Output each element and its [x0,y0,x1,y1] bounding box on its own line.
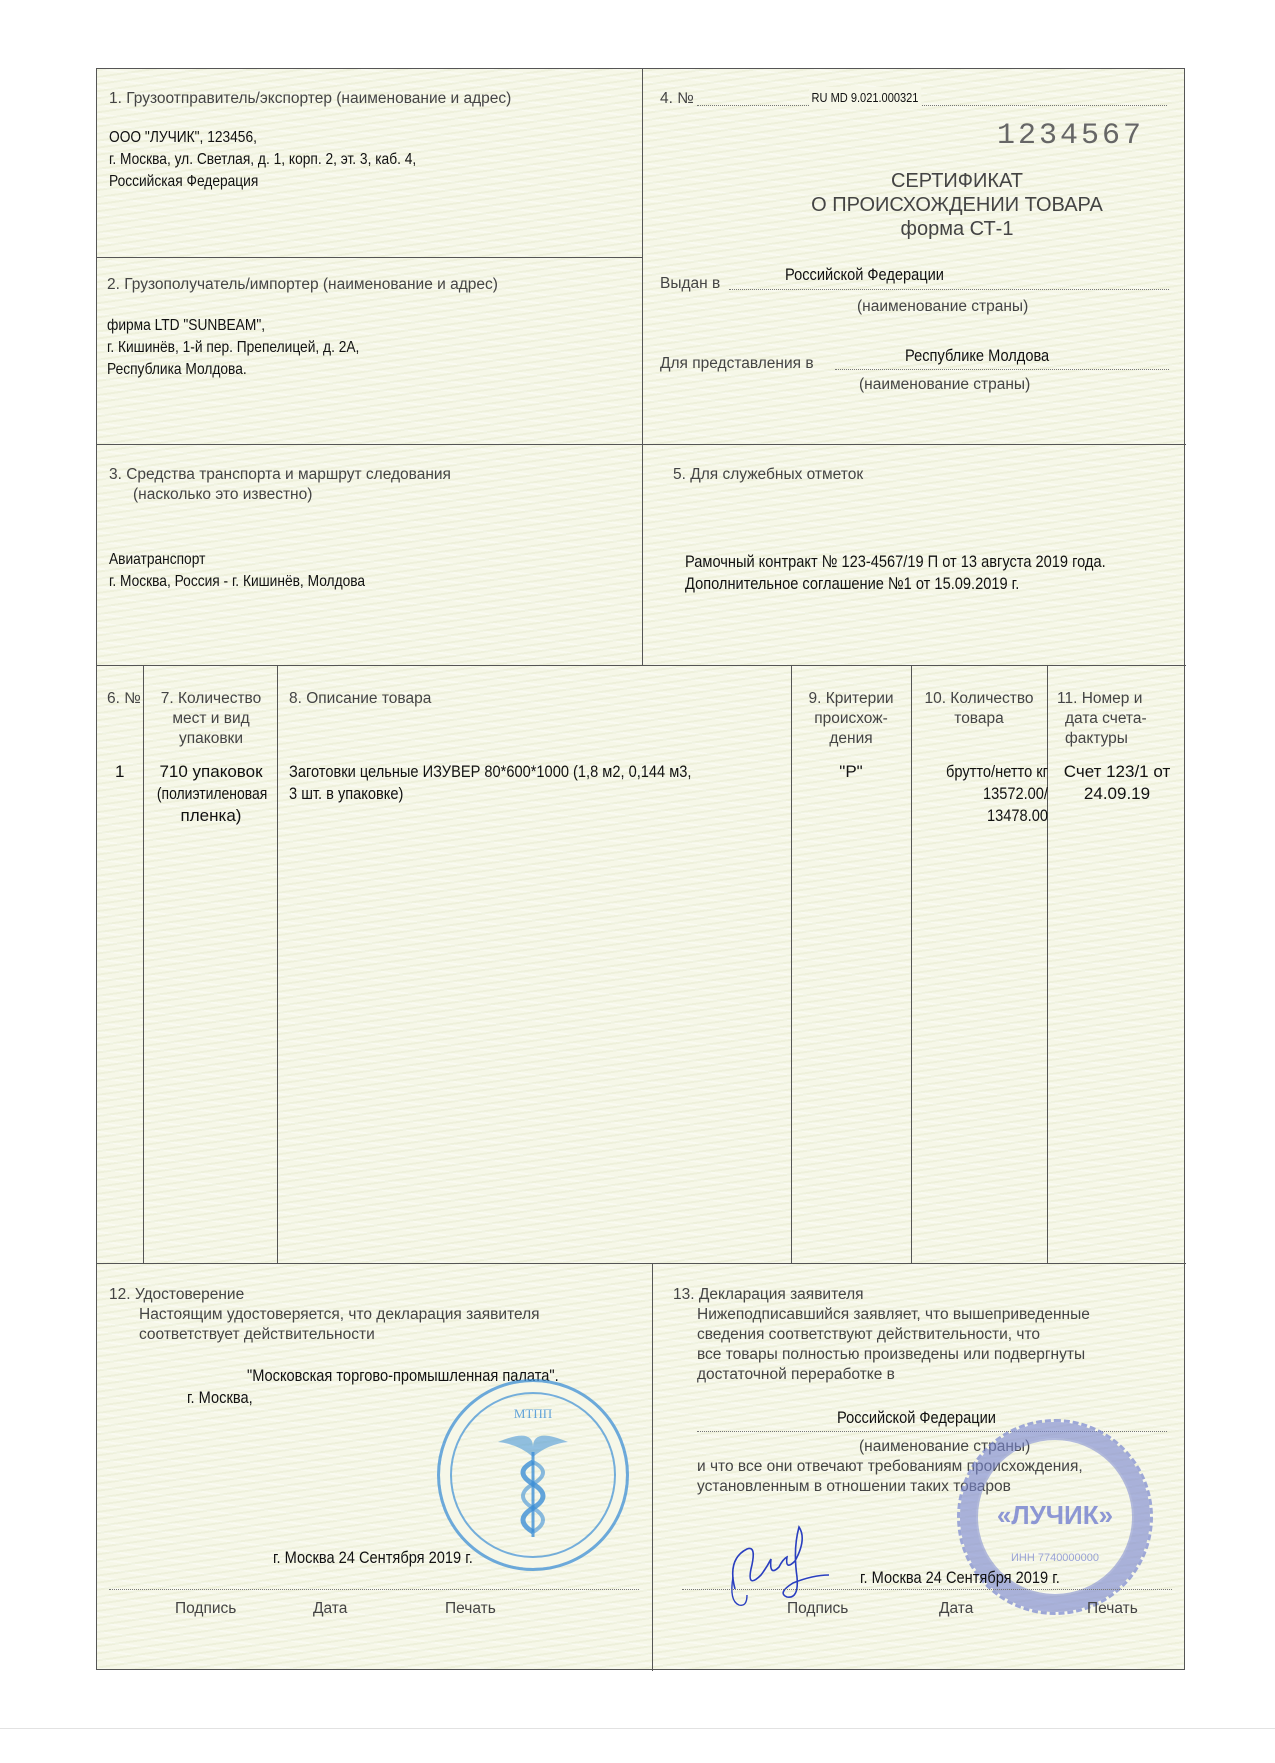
box12-label: 12. Удостоверение [109,1285,244,1305]
transport-type: Авиатранспорт [109,549,205,571]
divider-box1-box2 [97,257,642,258]
issued-in-country: Российской Федерации [785,264,944,286]
issued-in-line [729,289,1169,290]
company-stamp-name: «ЛУЧИК» [960,1500,1150,1531]
box13-footer-seal: Печать [1087,1599,1138,1619]
box13-text-line4: достаточной переработке в [697,1365,895,1385]
contract-reference: Рамочный контракт № 123-4567/19 П от 13 … [685,551,1106,573]
col-header-description: 8. Описание товара [289,689,431,709]
divider-col8 [791,665,792,1263]
box13-text-line3: все товары полностью произведены или под… [697,1345,1085,1365]
chamber-stamp-text: МТПП [440,1406,626,1422]
row-quantity-unit: брутто/нетто кг [919,761,1048,783]
col-header-criteria: 9. Критерии происхож- дения [793,689,909,749]
row-packages-line3: пленка) [145,805,277,827]
row-packages-line2: (полиэтиленовая [157,783,265,805]
importer-country: Республика Молдова. [107,359,247,381]
box3-label: 3. Средства транспорта и маршрут следова… [109,465,451,485]
row-description-line2: 3 шт. в упаковке) [289,783,691,805]
certificate-title: СЕРТИФИКАТ О ПРОИСХОЖДЕНИИ ТОВАРА форма … [747,169,1167,241]
certificate-title-line1: СЕРТИФИКАТ [747,169,1167,193]
col-header-invoice-line3: фактуры [1057,729,1147,749]
certificate-title-line2: О ПРОИСХОЖДЕНИИ ТОВАРА [747,193,1167,217]
col-header-packages: 7. Количество мест и вид упаковки [147,689,275,749]
row-quantity: брутто/нетто кг 13572.00/ 13478.00 [919,761,1048,827]
exporter-name: ООО "ЛУЧИК", 123456, [109,127,257,149]
certificate-form: 1. Грузоотправитель/экспортер (наименова… [96,68,1185,1670]
exporter-address: г. Москва, ул. Светлая, д. 1, корп. 2, э… [109,149,416,171]
divider-top-vertical [642,69,643,665]
col-header-invoice-line1: 11. Номер и [1057,689,1147,709]
presented-to-country: Республике Молдова [905,345,1049,367]
box13-text-line2: сведения соответствуют действительности,… [697,1325,1040,1345]
row-invoice-number: Счет 123/1 от [1049,761,1185,783]
row-packages: 710 упаковок (полиэтиленовая пленка) [145,761,277,827]
divider-row2 [97,444,1186,445]
row-criteria: "Р" [793,761,909,783]
box12-text-line1: Настоящим удостоверяется, что декларация… [139,1305,540,1325]
row-quantity-gross: 13572.00/ [919,783,1048,805]
divider-col9 [911,665,912,1263]
col-header-criteria-line2: происхож- [793,709,909,729]
presented-to-label: Для представления в [660,354,814,374]
row-invoice: Счет 123/1 от 24.09.19 [1049,761,1185,805]
processing-country: Российской Федерации [837,1407,996,1429]
box12-place-date: г. Москва 24 Сентября 2019 г. [273,1547,473,1569]
box12-text-line2: соответствует действительности [139,1325,375,1345]
presented-to-caption: (наименование страны) [859,375,1030,395]
box5-label: 5. Для служебных отметок [673,465,863,485]
certificate-number-label: 4. № [660,89,694,109]
page-scan-edge [0,1728,1275,1729]
serial-number: 1234567 [997,119,1144,153]
divider-table-top [97,665,1186,666]
box13-label: 13. Декларация заявителя [673,1285,864,1305]
divider-col10 [1047,665,1048,1263]
box1-label: 1. Грузоотправитель/экспортер (наименова… [109,89,511,109]
col-header-quantity: 10. Количество товара [913,689,1045,729]
box12-footer-signature: Подпись [175,1599,236,1619]
row-packages-line1: 710 упаковок [145,761,277,783]
box12-footer-date: Дата [313,1599,347,1619]
divider-col7 [277,665,278,1263]
row-invoice-date: 24.09.19 [1049,783,1185,805]
company-stamp-inn: ИНН 7740000000 [960,1552,1150,1564]
importer-name: фирма LTD "SUNBEAM", [107,315,265,337]
certificate-number: RU MD 9.021.000321 [809,87,921,109]
chamber-city: г. Москва, [187,1387,253,1409]
divider-table-bottom [97,1263,1186,1264]
supplement-reference: Дополнительное соглашение №1 от 15.09.20… [685,573,1019,595]
row-description: Заготовки цельные ИЗУВЕР 80*600*1000 (1,… [289,761,691,805]
row-number: 1 [115,761,124,783]
col-header-criteria-line3: дения [793,729,909,749]
box13-signature-line [682,1589,1172,1590]
signature-icon [717,1519,837,1609]
col-header-criteria-line1: 9. Критерии [793,689,909,709]
box2-label: 2. Грузополучатель/импортер (наименовани… [107,275,498,295]
divider-col6 [143,665,144,1263]
caduceus-icon [493,1422,573,1542]
chamber-stamp: МТПП [437,1379,629,1571]
col-header-packages-line1: 7. Количество [147,689,275,709]
col-header-quantity-line2: товара [913,709,1045,729]
box13-text-line1: Нижеподписавшийся заявляет, что вышеприв… [697,1305,1090,1325]
col-header-packages-line3: упаковки [147,729,275,749]
col-header-packages-line2: мест и вид [147,709,275,729]
issued-in-label: Выдан в [660,274,720,294]
box3-label-note: (насколько это известно) [133,485,312,505]
box13-place-date: г. Москва 24 Сентября 2019 г. [860,1567,1060,1589]
box13-footer-date: Дата [939,1599,973,1619]
box13-footer-signature: Подпись [787,1599,848,1619]
col-header-number: 6. № [107,689,141,709]
transport-route: г. Москва, Россия - г. Кишинёв, Молдова [109,571,365,593]
row-quantity-net: 13478.00 [919,805,1048,827]
divider-bottom-vertical [652,1263,653,1671]
box12-signature-line [109,1589,639,1590]
col-header-invoice-line2: дата счета- [1057,709,1147,729]
certificate-title-line3: форма СТ-1 [747,217,1167,241]
exporter-country: Российская Федерация [109,171,258,193]
issued-in-caption: (наименование страны) [857,297,1028,317]
presented-to-line [835,369,1169,370]
col-header-quantity-line1: 10. Количество [913,689,1045,709]
row-description-line1: Заготовки цельные ИЗУВЕР 80*600*1000 (1,… [289,761,691,783]
box12-footer-seal: Печать [445,1599,496,1619]
certificate-number-line [697,105,1167,106]
importer-address: г. Кишинёв, 1-й пер. Препелицей, д. 2А, [107,337,359,359]
col-header-invoice: 11. Номер и дата счета- фактуры [1057,689,1147,749]
